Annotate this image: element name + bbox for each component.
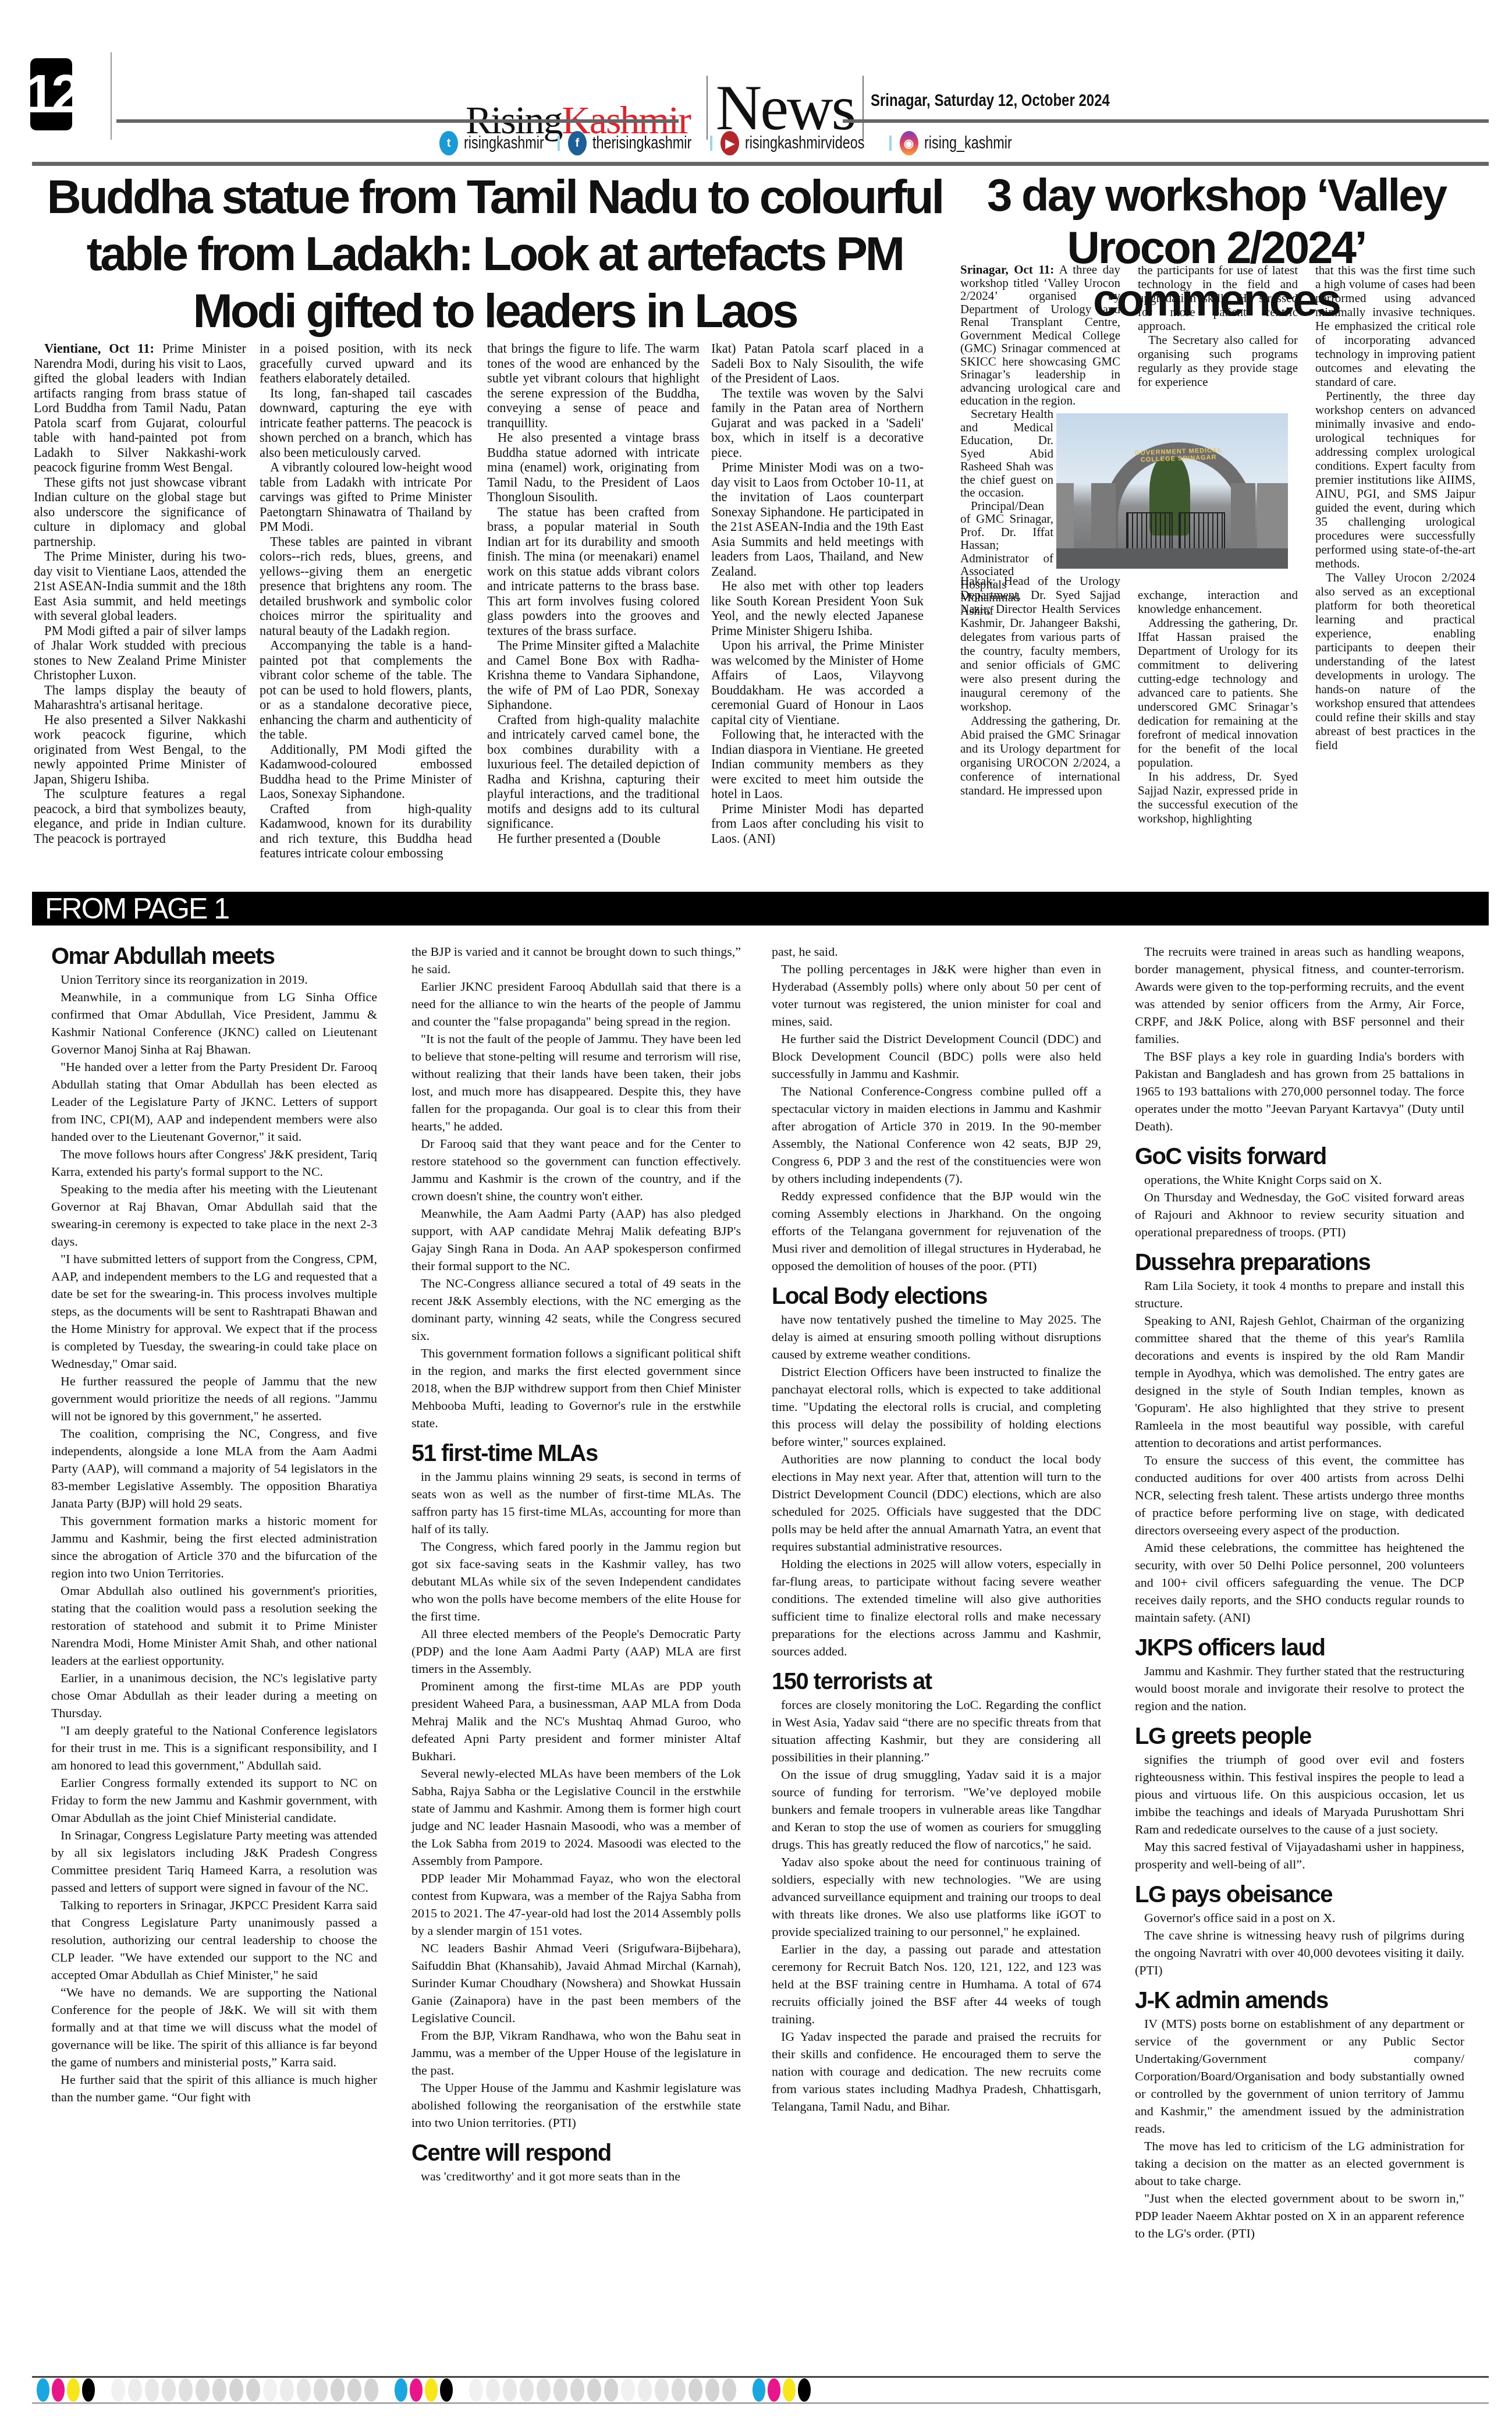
header-divider: [111, 52, 112, 140]
paragraph: Vientiane, Oct 11: Prime Minister Narend…: [34, 341, 246, 475]
paragraph: He also presented a Silver Nakkashi work…: [34, 712, 246, 787]
social-handle-instagram[interactable]: rising_kashmir: [924, 133, 1012, 153]
paragraph: The move has led to criticism of the LG …: [1135, 2137, 1464, 2190]
side-column-1-top: Srinagar, Oct 11: A three day workshop t…: [960, 263, 1120, 407]
continuation-column-3: past, he said. The polling percentages i…: [772, 943, 1101, 2115]
paragraph: The recruits were trained in areas such …: [1135, 943, 1464, 1048]
paragraph: Ram Lila Society, it took 4 months to pr…: [1135, 1277, 1464, 1312]
paragraph: District Election Officers have been ins…: [772, 1363, 1101, 1451]
paragraph: "It is not the fault of the people of Ja…: [411, 1030, 741, 1135]
paragraph: Addressing the gathering, Dr. Iffat Hass…: [1138, 616, 1298, 770]
paragraph: The coalition, comprising the NC, Congre…: [51, 1425, 377, 1512]
paragraph: forces are closely monitoring the LoC. R…: [772, 1696, 1101, 1766]
paragraph: Crafted from high-quality malachite and …: [487, 712, 700, 831]
paragraph: The textile was woven by the Salvi famil…: [711, 386, 924, 460]
paragraph: The Congress, which fared poorly in the …: [411, 1538, 741, 1625]
paragraph: This government formation marks a histor…: [51, 1512, 377, 1582]
continuation-column-2: the BJP is varied and it cannot be broug…: [411, 943, 741, 2185]
story-heading: JKPS officers laud: [1135, 1634, 1464, 1661]
paragraph: Earlier Congress formally extended its s…: [51, 1774, 377, 1827]
paragraph: The Valley Urocon 2/2024 also served as …: [1315, 570, 1475, 752]
paragraph: Its long, fan-shaped tail cascades downw…: [260, 386, 472, 460]
paragraph: Holding the elections in 2025 will allow…: [772, 1555, 1101, 1660]
paragraph: May this sacred festival of Vijayadasham…: [1135, 1838, 1464, 1873]
paragraph: Prime Minister Modi has departed from La…: [711, 802, 924, 846]
paragraph: the participants for use of latest techn…: [1138, 263, 1298, 333]
from-page-1-banner: FROM PAGE 1: [32, 892, 1489, 925]
masthead-divider: [863, 76, 864, 140]
social-handle-twitter[interactable]: risingkashmir: [464, 133, 544, 153]
story-heading: LG pays obeisance: [1135, 1881, 1464, 1908]
paragraph: have now tentatively pushed the timeline…: [772, 1311, 1101, 1363]
paragraph: NC leaders Bashir Ahmad Veeri (Srigufwar…: [411, 1939, 741, 2027]
paragraph: PM Modi gifted a pair of silver lamps of…: [34, 623, 246, 683]
paragraph: Earlier JKNC president Farooq Abdullah s…: [411, 978, 741, 1030]
paragraph: The statue has been crafted from brass, …: [487, 505, 700, 639]
facebook-icon: f: [568, 131, 587, 155]
continuation-column-1: Omar Abdullah meets Union Territory sinc…: [51, 943, 377, 2106]
paragraph: He further reassured the people of Jammu…: [51, 1373, 377, 1425]
lead-column-1: Vientiane, Oct 11: Prime Minister Narend…: [34, 341, 246, 846]
social-separator: [710, 136, 712, 151]
paragraph: Prime Minister Modi was on a two-day vis…: [711, 460, 924, 579]
paragraph: Speaking to the media after his meeting …: [51, 1180, 377, 1250]
paragraph: operations, the White Knight Corps said …: [1135, 1171, 1464, 1189]
paragraph: He further presented a (Double: [487, 831, 700, 846]
paragraph: The National Conference-Congress combine…: [772, 1083, 1101, 1187]
instagram-icon: ◉: [900, 131, 918, 155]
paragraph: Addressing the gathering, Dr. Abid prais…: [960, 714, 1120, 797]
paragraph: The polling percentages in J&K were high…: [772, 960, 1101, 1030]
lead-column-4: Ikat) Patan Patola scarf placed in a Sad…: [711, 341, 924, 846]
social-handle-facebook[interactable]: therisingkashmir: [592, 133, 691, 153]
paragraph: Meanwhile, the Aam Aadmi Party (AAP) has…: [411, 1205, 741, 1275]
lead-column-3: that brings the figure to life. The warm…: [487, 341, 700, 846]
paragraph: All three elected members of the People'…: [411, 1625, 741, 1678]
gmc-gate-photo: GOVERNMENT MEDICAL COLLEGE SRINAGAR: [1056, 413, 1288, 569]
paragraph: The Upper House of the Jammu and Kashmir…: [411, 2079, 741, 2132]
paragraph: “We have no demands. We are supporting t…: [51, 1984, 377, 2071]
paragraph: The NC-Congress alliance secured a total…: [411, 1275, 741, 1345]
paragraph: Crafted from high-quality Kadamwood, kno…: [260, 802, 472, 861]
paragraph: "He handed over a letter from the Party …: [51, 1058, 377, 1146]
paragraph: PDP leader Mir Mohammad Fayaz, who won t…: [411, 1870, 741, 1939]
header-bottom-rule: [32, 162, 1489, 166]
social-separator: [558, 136, 560, 151]
paragraph: He further said the District Development…: [772, 1030, 1101, 1083]
header-rule: [116, 119, 679, 123]
story-heading: 51 first-time MLAs: [411, 1440, 741, 1467]
paragraph: Yadav also spoke about the need for cont…: [772, 1853, 1101, 1941]
paragraph: in the Jammu plains winning 29 seats, is…: [411, 1468, 741, 1538]
registration-mark: [395, 2378, 453, 2402]
paragraph: In his address, Dr. Syed Sajjad Nazir, e…: [1138, 770, 1298, 825]
paragraph: The Prime Minsiter gifted a Malachite an…: [487, 638, 700, 712]
paragraph: The sculpture features a regal peacock, …: [34, 786, 246, 846]
paragraph: IG Yadav inspected the parade and praise…: [772, 2028, 1101, 2115]
paragraph: IV (MTS) posts borne on establishment of…: [1135, 2015, 1464, 2137]
paragraph: signifies the triumph of good over evil …: [1135, 1751, 1464, 1838]
paragraph: Srinagar, Oct 11: A three day workshop t…: [960, 263, 1120, 407]
paragraph: The cave shrine is witnessing heavy rush…: [1135, 1927, 1464, 1979]
road: [1056, 548, 1288, 569]
story-heading: J-K admin amends: [1135, 1987, 1464, 2014]
paragraph: Omar Abdullah also outlined his governme…: [51, 1582, 377, 1669]
paragraph: The move follows hours after Congress' J…: [51, 1146, 377, 1180]
paragraph: "I have submitted letters of support fro…: [51, 1250, 377, 1373]
social-separator: [889, 136, 892, 151]
paragraph: Earlier in the day, a passing out parade…: [772, 1941, 1101, 2028]
paragraph: Earlier, in a unanimous decision, the NC…: [51, 1669, 377, 1722]
paragraph: On the issue of drug smuggling, Yadav sa…: [772, 1766, 1101, 1853]
paragraph: Meanwhile, in a communique from LG Sinha…: [51, 988, 377, 1058]
paragraph: was 'creditworthy' and it got more seats…: [411, 2168, 741, 2185]
continuation-column-4: The recruits were trained in areas such …: [1135, 943, 1464, 2242]
masthead: RisingKashmir News Srinagar, Saturday 12…: [466, 76, 1170, 140]
paragraph: In Srinagar, Congress Legislature Party …: [51, 1827, 377, 1896]
paragraph: Additionally, PM Modi gifted the Kadamwo…: [260, 742, 472, 802]
paragraph: in a poised position, with its neck grac…: [260, 341, 472, 386]
lead-headline: Buddha statue from Tamil Nadu to colourf…: [47, 169, 943, 340]
registration-mark: [753, 2378, 811, 2402]
paragraph: Accompanying the table is a hand-painted…: [260, 638, 472, 742]
story-heading: Centre will respond: [411, 2140, 741, 2166]
side-column-2-top: the participants for use of latest techn…: [1138, 263, 1298, 389]
paragraph: that brings the figure to life. The warm…: [487, 341, 700, 430]
grey-scale-strip: [111, 2378, 378, 2402]
story-heading: LG greets people: [1135, 1723, 1464, 1750]
paragraph: Following that, he interacted with the I…: [711, 727, 924, 802]
social-links: t risingkashmir f therisingkashmir ▶ ris…: [439, 131, 1019, 155]
paragraph: The Secretary also called for organising…: [1138, 333, 1298, 389]
paragraph: past, he said.: [772, 943, 1101, 960]
registration-mark: [37, 2378, 95, 2402]
paragraph: These tables are painted in vibrant colo…: [260, 534, 472, 639]
paragraph: The lamps display the beauty of Maharash…: [34, 683, 246, 712]
paragraph: Hakak; Head of the Urology Department, D…: [960, 574, 1120, 714]
paragraph: Upon his arrival, the Prime Minister was…: [711, 638, 924, 727]
issue-date: Srinagar, Saturday 12, October 2024: [871, 91, 1110, 111]
paragraph: Speaking to ANI, Rajesh Gehlot, Chairman…: [1135, 1312, 1464, 1452]
paragraph: Governor's office said in a post on X.: [1135, 1909, 1464, 1927]
youtube-icon: ▶: [720, 131, 739, 155]
paragraph: Talking to reporters in Srinagar, JKPCC …: [51, 1896, 377, 1984]
section-title: News: [716, 76, 855, 140]
grey-scale-strip: [469, 2378, 736, 2402]
side-column-2-bottom: exchange, interaction and knowledge enha…: [1138, 588, 1298, 825]
page-number: 12: [30, 58, 72, 130]
paragraph: A vibrantly coloured low-height wood tab…: [260, 460, 472, 534]
paragraph: On Thursday and Wednesday, the GoC visit…: [1135, 1189, 1464, 1241]
paragraph: Secretary Health and Medical Education, …: [960, 407, 1053, 499]
paragraph: Prominent among the first-time MLAs are …: [411, 1678, 741, 1765]
story-heading: Omar Abdullah meets: [51, 943, 377, 970]
side-column-3: that this was the first time such a high…: [1315, 263, 1475, 752]
paragraph: This government formation follows a sign…: [411, 1345, 741, 1432]
side-column-1-bottom: Hakak; Head of the Urology Department, D…: [960, 574, 1120, 797]
paragraph: Jammu and Kashmir. They further stated t…: [1135, 1662, 1464, 1715]
paragraph: "I am deeply grateful to the National Co…: [51, 1722, 377, 1774]
paragraph: These gifts not just showcase vibrant In…: [34, 475, 246, 549]
story-heading: 150 terrorists at: [772, 1668, 1101, 1695]
paragraph: From the BJP, Vikram Randhawa, who won t…: [411, 2027, 741, 2079]
paragraph: Authorities are now planning to conduct …: [772, 1451, 1101, 1555]
masthead-divider: [707, 76, 708, 140]
dateline: Vientiane, Oct 11:: [44, 341, 154, 356]
paragraph: Pertinently, the three day workshop cent…: [1315, 389, 1475, 570]
paragraph: that this was the first time such a high…: [1315, 263, 1475, 389]
paragraph: Union Territory since its reorganization…: [51, 971, 377, 988]
twitter-icon: t: [439, 131, 458, 155]
paragraph: exchange, interaction and knowledge enha…: [1138, 588, 1298, 616]
print-color-bar: [32, 2376, 1489, 2404]
paragraph: Dr Farooq said that they want peace and …: [411, 1135, 741, 1205]
story-heading: Local Body elections: [772, 1283, 1101, 1310]
paragraph: He further said that the spirit of this …: [51, 2071, 377, 2106]
paragraph: To ensure the success of this event, the…: [1135, 1452, 1464, 1539]
paragraph: "Just when the elected government about …: [1135, 2190, 1464, 2242]
lead-column-2: in a poised position, with its neck grac…: [260, 341, 472, 861]
story-heading: Dussehra preparations: [1135, 1249, 1464, 1276]
paragraph: Amid these celebrations, the committee h…: [1135, 1539, 1464, 1626]
paragraph: He also met with other top leaders like …: [711, 579, 924, 638]
paragraph: Several newly-elected MLAs have been mem…: [411, 1765, 741, 1870]
header-rule: [843, 119, 1489, 123]
paragraph: Reddy expressed confidence that the BJP …: [772, 1187, 1101, 1275]
paragraph: He also presented a vintage brass Buddha…: [487, 430, 700, 505]
story-heading: GoC visits forward: [1135, 1143, 1464, 1170]
paragraph: Ikat) Patan Patola scarf placed in a Sad…: [711, 341, 924, 386]
paragraph: The BSF plays a key role in guarding Ind…: [1135, 1048, 1464, 1135]
social-handle-youtube[interactable]: risingkashmirvideos: [745, 133, 864, 153]
paragraph: The Prime Minister, during his two-day v…: [34, 549, 246, 623]
paragraph: the BJP is varied and it cannot be broug…: [411, 943, 741, 978]
